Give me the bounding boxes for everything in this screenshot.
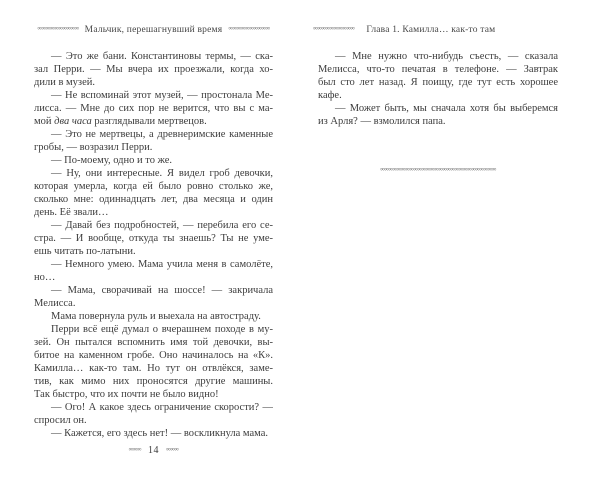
text-line: — Давай без подробностей, — перебила его… xyxy=(34,219,273,232)
text-line: — Это не мертвецы, а древнеримские камен… xyxy=(34,128,273,141)
text-line: из Арля? — взмолился папа. xyxy=(318,115,558,128)
text-line: зей. Он пытался вспомнить имя той девочк… xyxy=(34,336,273,349)
text-run: — Ого! А какое здесь ограничение скорост… xyxy=(51,402,273,413)
text-run: тив, как мимо них проносятся другие маши… xyxy=(34,376,273,387)
chapter-title-running-head: Глава 1. Камилла… как-то там xyxy=(366,25,495,35)
text-line: дили в музей. xyxy=(34,76,273,89)
ornament-chain-icon: ∞∞∞∞∞∞∞∞∞∞ xyxy=(313,25,354,32)
text-run: — Ну, они интересные. Я видел гроб девоч… xyxy=(51,168,273,179)
text-line: спросил он. xyxy=(34,414,273,427)
text-run: — Может быть, мы сначала хотя бы выберем… xyxy=(335,103,558,114)
text-run: спросил он. xyxy=(34,415,87,426)
left-page-text-block: — Это же бани. Константиновы термы, — ск… xyxy=(34,50,273,440)
right-page-text-block: — Мне нужно что-нибудь съесть, — сказала… xyxy=(318,50,558,128)
text-run: — Немного умею. Мама учила меня в самолё… xyxy=(51,259,273,270)
text-run: Мелисса, что-то печатая в телефоне. — За… xyxy=(318,64,558,75)
section-divider-ornament-icon: ∞∞∞∞∞∞∞∞∞∞∞∞∞∞∞∞∞∞∞∞∞∞∞∞∞∞∞∞ xyxy=(318,166,558,174)
text-run: мой xyxy=(34,116,54,127)
text-run: — Мама, сворачивай на шоссе! — закричала xyxy=(51,285,273,296)
text-line: Мелисса. xyxy=(34,297,273,310)
text-line: — По-моему, одно и то же. xyxy=(34,154,273,167)
text-run: Так быстро, что их почти не было видно! xyxy=(34,389,219,400)
text-run: сколько мне: одиннадцать лет, два месяца… xyxy=(34,194,273,205)
text-run: — Не вспоминай этот музей, — простонала … xyxy=(51,90,273,101)
page-number: 14 xyxy=(148,445,159,456)
text-run: гробы, — возразил Перри. xyxy=(34,142,152,153)
book-title-running-head: Мальчик, перешагнувший время xyxy=(85,25,223,35)
text-line: которая умерла, когда ей было ровно стол… xyxy=(34,180,273,193)
text-line: стра. — И вообще, откуда ты знаешь? Ты н… xyxy=(34,232,273,245)
text-run: которая умерла, когда ей было ровно стол… xyxy=(34,181,273,192)
text-line: — Кажется, его здесь нет! — воскликнула … xyxy=(34,427,273,440)
text-line: лисса. — Мне до сих пор не верится, что … xyxy=(34,102,273,115)
text-line: Камилла… как-то там. Но тут он отвлёкся,… xyxy=(34,362,273,375)
book-spread: ∞∞∞∞∞∞∞∞∞∞Мальчик, перешагнувший время∞∞… xyxy=(0,0,599,484)
text-line: мой два часа разглядывали мертвецов. xyxy=(34,115,273,128)
italic-text-run: два часа xyxy=(54,116,92,127)
text-line: — Может быть, мы сначала хотя бы выберем… xyxy=(318,102,558,115)
text-run: — По-моему, одно и то же. xyxy=(51,155,172,166)
text-run: Мелисса. xyxy=(34,298,75,309)
text-run: Перри всё ещё думал о вчерашнем походе в… xyxy=(51,324,273,335)
text-line: — Не вспоминай этот музей, — простонала … xyxy=(34,89,273,102)
text-line: — Ого! А какое здесь ограничение скорост… xyxy=(34,401,273,414)
text-line: битое на каменном гробе. Оно начиналось … xyxy=(34,349,273,362)
text-run: — Это же бани. Константиновы термы, — ск… xyxy=(51,51,273,62)
text-line: кафе. xyxy=(318,89,558,102)
text-line: — Немного умею. Мама учила меня в самолё… xyxy=(34,258,273,271)
text-run: — Это не мертвецы, а древнеримские камен… xyxy=(51,129,273,140)
text-run: Камилла… как-то там. Но тут он отвлёкся,… xyxy=(34,363,273,374)
text-line: гробы, — возразил Перри. xyxy=(34,141,273,154)
text-run: — Кажется, его здесь нет! — воскликнула … xyxy=(51,428,268,439)
text-run: день. Её звали… xyxy=(34,207,108,218)
text-line: сколько мне: одиннадцать лет, два месяца… xyxy=(34,193,273,206)
text-run: был сто лет назад. Я поищу, где тут есть… xyxy=(318,77,558,88)
text-line: Перри всё ещё думал о вчерашнем походе в… xyxy=(34,323,273,336)
text-line: — Мне нужно что-нибудь съесть, — сказала xyxy=(318,50,558,63)
text-line: тив, как мимо них проносятся другие маши… xyxy=(34,375,273,388)
text-run: из Арля? — взмолился папа. xyxy=(318,116,446,127)
text-run: битое на каменном гробе. Оно начиналось … xyxy=(34,350,273,361)
text-run: — Мне нужно что-нибудь съесть, — сказала xyxy=(335,51,558,62)
text-line: — Это же бани. Константиновы термы, — ск… xyxy=(34,50,273,63)
text-line: но… xyxy=(34,271,273,284)
text-line: — Ну, они интересные. Я видел гроб девоч… xyxy=(34,167,273,180)
text-line: Мелисса, что-то печатая в телефоне. — За… xyxy=(318,63,558,76)
text-run: — Давай без подробностей, — перебила его… xyxy=(51,220,273,231)
ornament-chain-icon: ∞∞∞ xyxy=(166,446,178,453)
text-run: зей. Он пытался вспомнить имя той девочк… xyxy=(34,337,273,348)
text-line: был сто лет назад. Я поищу, где тут есть… xyxy=(318,76,558,89)
text-run: ешь читать по-латыни. xyxy=(34,246,136,257)
text-run: Мама повернула руль и выехала на автостр… xyxy=(51,311,261,322)
ornament-chain-icon: ∞∞∞∞∞∞∞∞∞∞ xyxy=(228,25,269,32)
ornament-chain-icon: ∞∞∞ xyxy=(129,446,141,453)
text-line: ешь читать по-латыни. xyxy=(34,245,273,258)
text-line: день. Её звали… xyxy=(34,206,273,219)
text-line: — Мама, сворачивай на шоссе! — закричала xyxy=(34,284,273,297)
ornament-chain-icon: ∞∞∞∞∞∞∞∞∞∞ xyxy=(37,25,78,32)
text-line: Так быстро, что их почти не было видно! xyxy=(34,388,273,401)
left-page: ∞∞∞∞∞∞∞∞∞∞Мальчик, перешагнувший время∞∞… xyxy=(0,0,299,484)
right-running-head: ∞∞∞∞∞∞∞∞∞∞Глава 1. Камилла… как-то там xyxy=(313,23,501,36)
text-run: дили в музей. xyxy=(34,77,95,88)
left-running-head: ∞∞∞∞∞∞∞∞∞∞Мальчик, перешагнувший время∞∞… xyxy=(34,23,273,36)
right-page: ∞∞∞∞∞∞∞∞∞∞Глава 1. Камилла… как-то там —… xyxy=(300,0,599,484)
text-run: кафе. xyxy=(318,90,342,101)
text-run: но… xyxy=(34,272,55,283)
left-page-footer: ∞∞∞14∞∞∞ xyxy=(34,444,273,457)
text-line: Мама повернула руль и выехала на автостр… xyxy=(34,310,273,323)
text-line: зал Перри. — Мы вчера их проезжали, когд… xyxy=(34,63,273,76)
text-run: зал Перри. — Мы вчера их проезжали, когд… xyxy=(34,64,273,75)
text-run: стра. — И вообще, откуда ты знаешь? Ты н… xyxy=(34,233,273,244)
text-run: лисса. — Мне до сих пор не верится, что … xyxy=(34,103,273,114)
text-run: разглядывали мертвецов. xyxy=(92,116,207,127)
